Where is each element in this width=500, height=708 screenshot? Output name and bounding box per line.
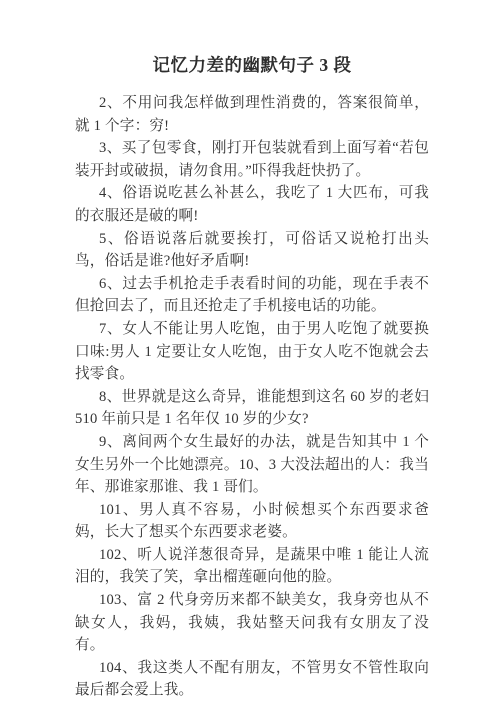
paragraph: 102、听人说洋葱很奇异，是蔬果中唯 1 能让人流泪的，我笑了笑，拿出榴莲砸向他… xyxy=(75,544,429,589)
paragraph: 3、买了包零食，刚打开包装就看到上面写着“若包装开封或破损，请勿食用。”吓得我赶… xyxy=(75,137,429,182)
paragraph: 4、俗语说吃甚么补甚么，我吃了 1 大匹布，可我的衣服还是破的啊! xyxy=(75,182,429,227)
paragraph: 104、我这类人不配有朋友，不管男女不管性取向最后都会爱上我。 xyxy=(75,657,429,702)
document-page: 记忆力差的幽默句子 3 段 2、不用问我怎样做到理性消费的，答案很简单，就 1 … xyxy=(0,0,500,708)
paragraph: 6、过去手机抢走手表看时间的功能，现在手表不但抢回去了，而且还抢走了手机接电话的… xyxy=(75,273,429,318)
paragraph: 7、女人不能让男人吃饱，由于男人吃饱了就要换口味:男人 1 定要让女人吃饱，由于… xyxy=(75,318,429,386)
paragraph: 9、离间两个女生最好的办法，就是告知其中 1 个女生另外一个比她漂亮。10、3 … xyxy=(75,431,429,499)
paragraph: 8、世界就是这么奇异，谁能想到这名 60 岁的老妇 510 年前只是 1 名年仅… xyxy=(75,386,429,431)
paragraph: 101、男人真不容易，小时候想买个东西要求爸妈，长大了想买个东西要求老婆。 xyxy=(75,499,429,544)
paragraph-list: 2、不用问我怎样做到理性消费的，答案很简单，就 1 个字：穷! 3、买了包零食，… xyxy=(75,92,429,702)
page-title: 记忆力差的幽默句子 3 段 xyxy=(75,52,429,78)
paragraph: 5、俗语说落后就要挨打，可俗话又说枪打出头鸟，俗话是谁?他好矛盾啊! xyxy=(75,228,429,273)
paragraph: 103、富 2 代身旁历来都不缺美女，我身旁也从不缺女人，我妈，我姨，我姑整天问… xyxy=(75,589,429,657)
paragraph: 2、不用问我怎样做到理性消费的，答案很简单，就 1 个字：穷! xyxy=(75,92,429,137)
